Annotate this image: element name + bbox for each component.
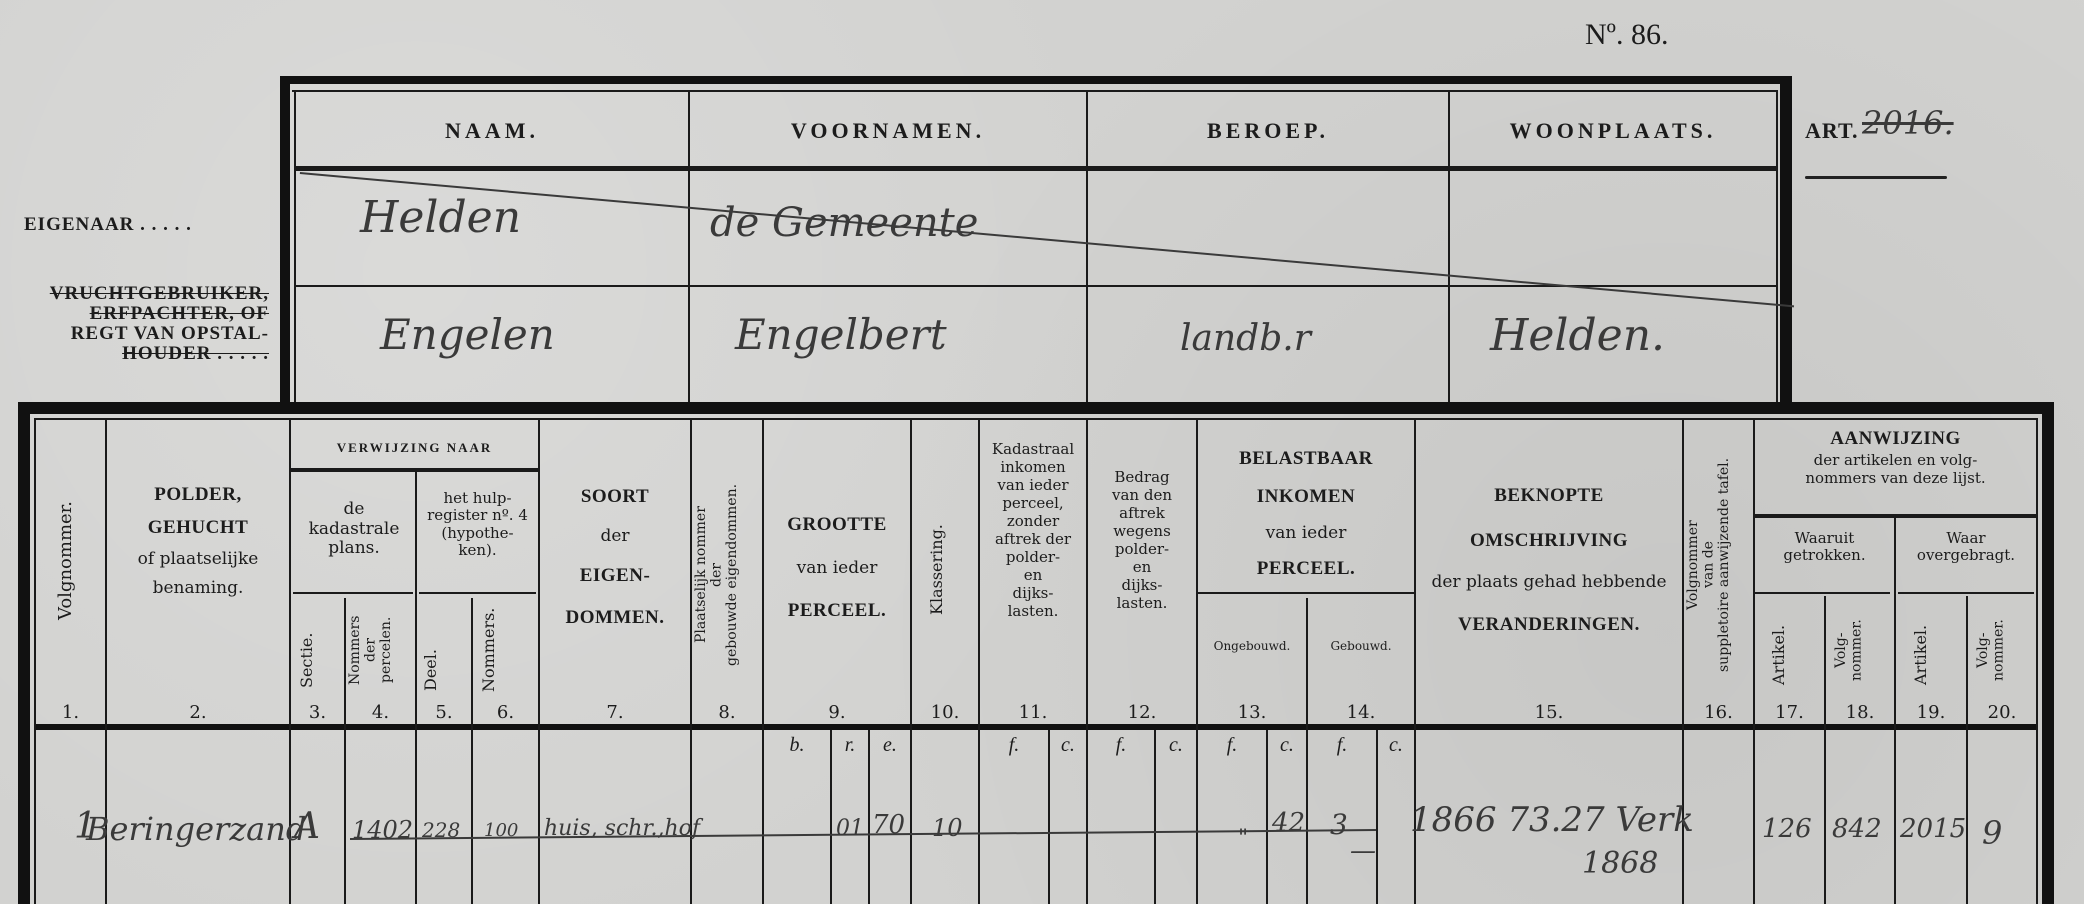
owner-voornamen: de Gemeente: [710, 200, 978, 246]
header-line: EIGEN-: [580, 565, 651, 586]
header-volgnommer-18: Volg- nommer.: [1834, 600, 1888, 700]
header-beroep: BEROEP.: [1088, 118, 1448, 144]
header-line: percelen.: [378, 617, 394, 683]
column-number: 16.: [1684, 702, 1753, 723]
document-number: Nº. 86.: [1585, 18, 1668, 52]
unit-florin: f.: [980, 734, 1048, 757]
label-eigenaar: EIGENAAR . . . . .: [24, 214, 192, 236]
header-nommers-percelen: Nommers der percelen.: [348, 600, 412, 700]
parcel-table-inner-top: [34, 418, 2038, 420]
parcel-table-inner-right: [2036, 418, 2038, 904]
header-voornamen: VOORNAMEN.: [690, 118, 1086, 144]
header-line: van ieder: [980, 476, 1086, 494]
header-polder-line: GEHUCHT: [148, 517, 249, 538]
header-line: Plaatselijk nommer: [693, 507, 709, 644]
header-line: van ieder: [1198, 516, 1414, 550]
article-underline: [1805, 176, 1947, 179]
header-line: aftrek der: [980, 530, 1086, 548]
label-line: ERFPACHTER, OF: [24, 304, 269, 324]
unit-cent: c.: [1268, 734, 1306, 757]
header-deel: Deel.: [422, 640, 466, 700]
owner-table-inner-top: [292, 90, 1778, 92]
unit-florin: f.: [1198, 734, 1266, 757]
column-number: 11.: [980, 702, 1086, 723]
owner-table-border-left: [280, 76, 290, 406]
column-number: 18.: [1826, 702, 1894, 723]
header-artikel-19: Artikel.: [1912, 610, 1952, 700]
unit-roede: r.: [832, 734, 868, 757]
header-line: wegens: [1088, 522, 1196, 540]
holder-naam: Engelen: [380, 310, 555, 359]
owner-table-border-top: [280, 76, 1792, 84]
header-volgnommer: Volgnommer.: [56, 470, 86, 650]
column-number: 4.: [346, 702, 415, 723]
column-number: 5.: [417, 702, 471, 723]
header-line: BELASTBAAR: [1239, 448, 1373, 469]
cell-veranderingen: 1866 73.27 Verk: [1410, 800, 1694, 840]
column-number: 17.: [1755, 702, 1824, 723]
header-line: lasten.: [1088, 594, 1196, 612]
label-vruchtgebruiker: VRUCHTGEBRUIKER, ERFPACHTER, OF REGT VAN…: [24, 284, 269, 364]
column-number: 10.: [912, 702, 978, 723]
article-number-struck: 2016.: [1862, 104, 1954, 142]
header-line: en: [980, 566, 1086, 584]
header-line: dijks-: [1088, 576, 1196, 594]
waar-underline: [1898, 592, 2034, 594]
kadastrale-underline: [293, 592, 413, 594]
column-number: 8.: [692, 702, 762, 723]
article-label: ART.: [1805, 118, 1859, 144]
owner-table-border-right: [1780, 76, 1792, 406]
header-line: INKOMEN: [1257, 486, 1356, 507]
header-line: ken).: [417, 542, 538, 559]
unit-el: e.: [870, 734, 910, 757]
col-divider: [1966, 596, 1968, 904]
column-number: 12.: [1088, 702, 1196, 723]
header-polder-line: of plaatselijke: [107, 545, 289, 575]
cell-waar-artikel: 2015: [1900, 814, 1966, 844]
owner-naam: Helden: [360, 192, 521, 243]
header-line: AANWIJZING: [1830, 428, 1961, 449]
belastbaar-underline: [1198, 592, 1414, 594]
waaruit-underline: [1755, 592, 1890, 594]
header-soort: SOORT der EIGEN- DOMMEN.: [540, 476, 690, 639]
cell-grootte-e: 70: [872, 810, 905, 840]
column-number: 20.: [1968, 702, 2036, 723]
header-line: BEKNOPTE: [1494, 485, 1604, 506]
header-line: der: [708, 563, 724, 587]
label-line: REGT VAN OPSTAL-: [24, 324, 269, 344]
header-ongebouwd: Ongebouwd.: [1198, 640, 1306, 654]
header-line: der: [540, 518, 690, 555]
header-waar: Waar overgebragt.: [1896, 530, 2036, 565]
header-klassering: Klassering.: [928, 500, 962, 640]
cell-grootte-r: 01: [836, 816, 864, 841]
label-line: VRUCHTGEBRUIKER,: [24, 284, 269, 304]
header-belastbaar-inkomen: BELASTBAAR INKOMEN van ieder PERCEEL.: [1198, 440, 1414, 588]
header-sectie: Sectie.: [298, 620, 338, 700]
column-number: 14.: [1308, 702, 1414, 723]
col-divider: [1824, 596, 1826, 904]
unit-florin: f.: [1308, 734, 1376, 757]
header-line: de: [293, 500, 415, 520]
header-line: Waaruit: [1755, 530, 1894, 547]
parcel-header-separator: [36, 724, 2036, 730]
header-verwijzing: VERWIJZING NAAR: [291, 440, 538, 456]
parcel-table-inner-left: [34, 418, 36, 904]
header-artikel-17: Artikel.: [1770, 610, 1810, 700]
header-line: van den: [1088, 486, 1196, 504]
cell-sectie: A: [294, 806, 320, 847]
header-line: zonder: [980, 512, 1086, 530]
header-polder-line: POLDER,: [154, 484, 241, 505]
parcel-table-border-top: [18, 402, 2054, 414]
header-line: het hulp-: [417, 490, 538, 507]
cell-ongebouwd-c: 42: [1272, 808, 1305, 838]
hulpregister-underline: [419, 592, 536, 594]
unit-cent: c.: [1378, 734, 1414, 757]
owner-header-underline: [296, 166, 1776, 171]
header-line: DOMMEN.: [565, 607, 664, 628]
column-number: 15.: [1416, 702, 1682, 723]
cell-gebouwd-c: —: [1350, 836, 1376, 866]
header-line: PERCEEL.: [1257, 558, 1356, 579]
header-line: dijks-: [980, 584, 1086, 602]
header-line: der artikelen en volg-: [1755, 451, 2036, 469]
col-divider: [471, 598, 473, 904]
column-number: 2.: [107, 702, 289, 723]
holder-beroep: landb.r: [1180, 318, 1311, 359]
header-bedrag-aftrek: Bedrag van den aftrek wegens polder- en …: [1088, 468, 1196, 612]
owner-table-inner-right: [1776, 90, 1778, 404]
cell-waar-volgnommer: 9: [1982, 814, 2002, 852]
header-suppletoir-volgnommer: Volgnommer van de suppletoire aanwijzend…: [1686, 424, 1750, 706]
header-line: Waar: [1896, 530, 2036, 547]
header-line: Volg-: [1975, 632, 1991, 667]
header-polder-line: benaming.: [107, 574, 289, 604]
cell-waaruit-artikel: 126: [1762, 814, 1812, 844]
parcel-table-border-left: [18, 402, 30, 904]
header-line: aftrek: [1088, 504, 1196, 522]
cell-klassering: 10: [932, 814, 963, 842]
column-number: 9.: [764, 702, 910, 723]
unit-cent: c.: [1050, 734, 1086, 757]
header-line: Nommers: [347, 615, 363, 684]
col-divider: [910, 420, 912, 904]
header-woonplaats: WOONPLAATS.: [1450, 118, 1776, 144]
header-aanwijzing: AANWIJZING der artikelen en volg- nommer…: [1755, 428, 2036, 487]
header-line: der: [362, 638, 378, 662]
header-line: Volg-: [1833, 632, 1849, 667]
cell-gebouwd-f: 3: [1330, 808, 1348, 841]
parcel-table-border-right: [2042, 402, 2054, 904]
header-line: Kadastraal: [980, 440, 1086, 458]
column-number: 13.: [1198, 702, 1306, 723]
header-kadastrale-plans: de kadastrale plans.: [293, 500, 415, 559]
header-beknopte-omschrijving: BEKNOPTE OMSCHRIJVING der plaats gehad h…: [1416, 474, 1682, 648]
header-line: nommer.: [1848, 619, 1864, 681]
header-line: Volgnommer: [1685, 520, 1701, 610]
header-hulpregister: het hulp- register nº. 4 (hypothe- ken).: [417, 490, 538, 559]
header-line: register nº. 4: [417, 507, 538, 524]
header-line: van ieder: [764, 548, 910, 589]
header-line: nommers van deze lijst.: [1755, 469, 2036, 487]
col-divider: [1753, 420, 1755, 904]
header-line: plans.: [293, 539, 415, 559]
header-line: en: [1088, 558, 1196, 576]
header-nommers: Nommers.: [480, 600, 530, 700]
cell-polder: Beringerzand: [86, 810, 306, 848]
col-divider: [344, 598, 346, 904]
header-line: (hypothe-: [417, 525, 538, 542]
column-number: 7.: [540, 702, 690, 723]
header-line: kadastrale: [293, 520, 415, 540]
holder-voornamen: Engelbert: [735, 310, 947, 359]
header-line: PERCEEL.: [788, 600, 887, 621]
column-number: 3.: [291, 702, 344, 723]
header-line: der plaats gehad hebbende: [1416, 563, 1682, 603]
column-number: 1.: [36, 702, 105, 723]
column-number: 6.: [473, 702, 538, 723]
header-line: VERANDERINGEN.: [1458, 614, 1640, 635]
header-line: overgebragt.: [1896, 547, 2036, 564]
col-divider: [762, 420, 764, 904]
header-grootte: GROOTTE van ieder PERCEEL.: [764, 502, 910, 634]
header-gebouwd: Gebouwd.: [1308, 640, 1414, 654]
header-line: polder-: [1088, 540, 1196, 558]
header-kadastraal-inkomen: Kadastraal inkomen van ieder perceel, zo…: [980, 440, 1086, 620]
unit-bunder: b.: [764, 734, 830, 757]
header-line: van de: [1700, 542, 1716, 589]
header-naam: NAAM.: [296, 118, 688, 144]
column-number: 19.: [1896, 702, 1966, 723]
header-line: getrokken.: [1755, 547, 1894, 564]
header-line: perceel,: [980, 494, 1086, 512]
cell-waaruit-volgnommer: 842: [1832, 814, 1882, 844]
header-line: polder-: [980, 548, 1086, 566]
header-line: suppletoire aanwijzende tafel.: [1716, 458, 1732, 672]
header-line: Bedrag: [1088, 468, 1196, 486]
header-line: nommer.: [1990, 619, 2006, 681]
header-line: SOORT: [581, 486, 649, 507]
header-plaatselijk-nommer: Plaatselijk nommer der gebouwde eigendom…: [694, 440, 760, 710]
label-line: HOUDER . . . . .: [24, 344, 269, 364]
header-polder: POLDER, GEHUCHT of plaatselijke benaming…: [107, 478, 289, 604]
header-line: OMSCHRIJVING: [1470, 530, 1628, 551]
header-line: inkomen: [980, 458, 1086, 476]
header-waaruit: Waaruit getrokken.: [1755, 530, 1894, 565]
unit-florin: f.: [1088, 734, 1154, 757]
unit-cent: c.: [1156, 734, 1196, 757]
header-line: lasten.: [980, 602, 1086, 620]
header-volgnommer-20: Volg- nommer.: [1976, 600, 2030, 700]
header-line: gebouwde eigendommen.: [724, 484, 740, 666]
cell-veranderingen-year: 1868: [1582, 846, 1658, 881]
header-line: GROOTTE: [787, 514, 887, 535]
holder-woonplaats: Helden.: [1490, 310, 1665, 361]
